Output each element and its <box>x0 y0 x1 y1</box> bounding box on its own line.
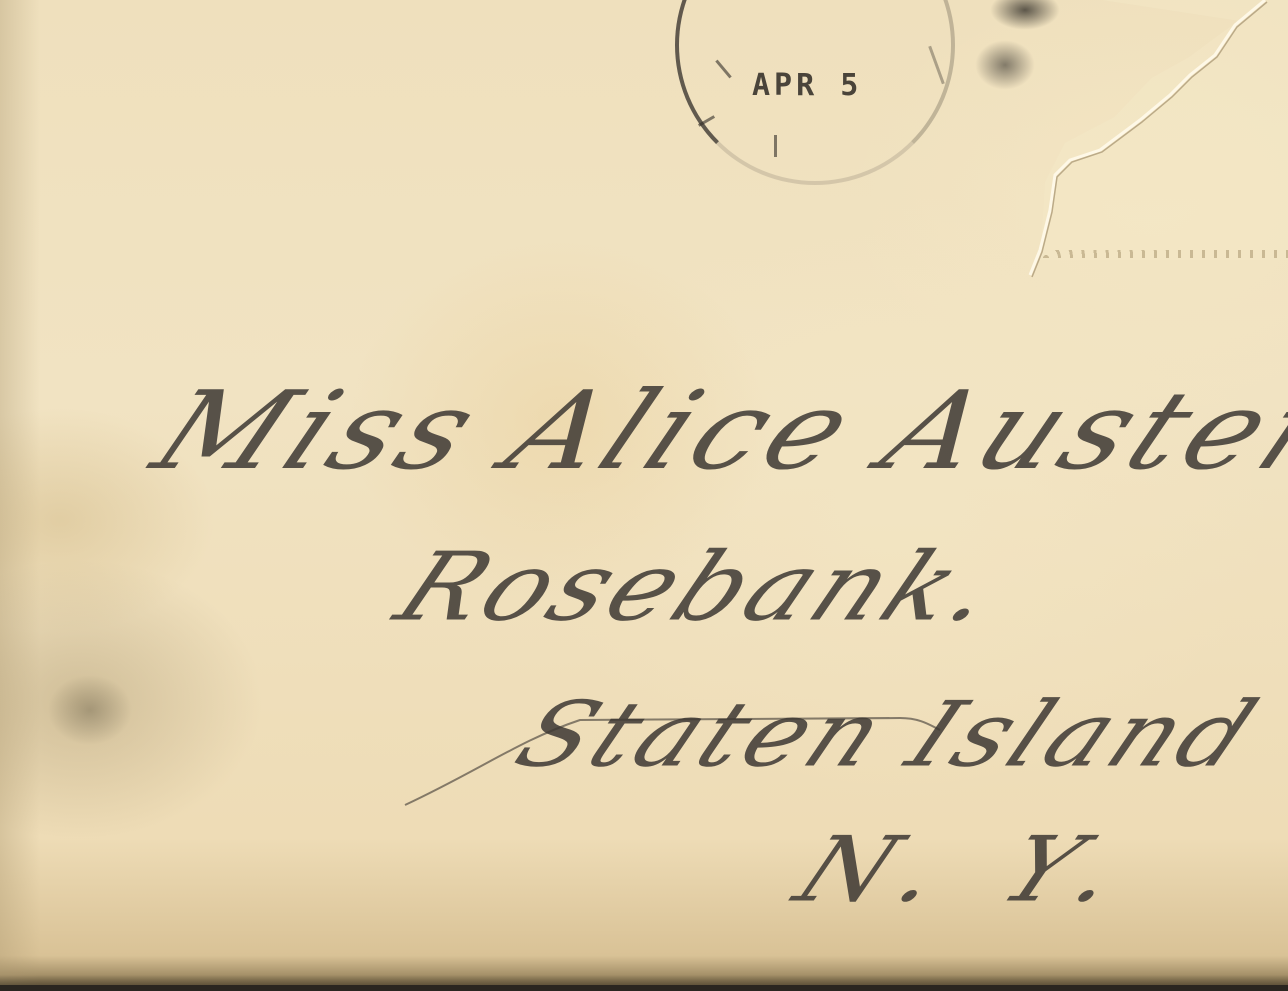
envelope: APR 5 Miss Alice Austen Rosebank. Staten… <box>0 0 1288 985</box>
envelope-bottom-edge <box>0 975 1288 985</box>
address-state: N. Y. <box>780 817 1159 922</box>
underline-flourish-icon <box>400 700 960 820</box>
recipient-address: Miss Alice Austen Rosebank. Staten Islan… <box>0 0 1288 985</box>
address-recipient-name: Miss Alice Austen <box>135 369 1288 494</box>
address-estate: Rosebank. <box>380 532 1020 642</box>
